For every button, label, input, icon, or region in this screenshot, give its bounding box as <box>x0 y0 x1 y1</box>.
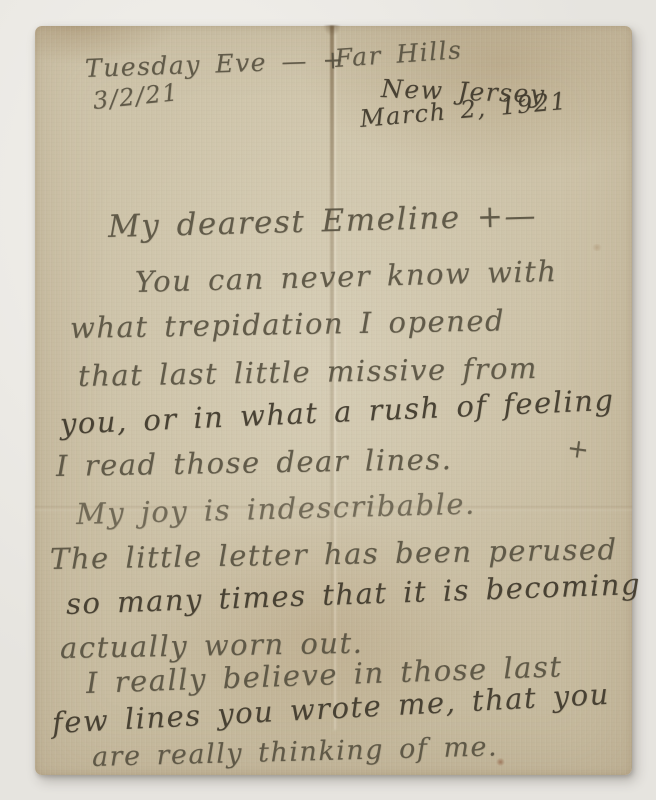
paper-stain-faint <box>591 244 603 251</box>
photo-background: Tuesday Eve — + 3/2/21 Far Hills New Jer… <box>0 0 656 800</box>
fold-notch <box>323 25 341 36</box>
body-line: so many times that it is becoming <box>65 568 641 621</box>
salutation: My dearest Emeline +— <box>108 199 538 245</box>
dateline-day: Tuesday Eve — + <box>85 46 346 83</box>
dateline-date: 3/2/21 <box>92 79 181 115</box>
body-line: You can never know with <box>135 255 558 299</box>
body-line: you, or in what a rush of feeling <box>59 384 615 441</box>
letter-paper: Tuesday Eve — + 3/2/21 Far Hills New Jer… <box>35 26 632 775</box>
body-line: My joy is indescribable. <box>76 488 476 531</box>
address-town: Far Hills <box>334 36 463 73</box>
body-line: that last little missive from <box>78 352 538 392</box>
pencil-cross-mark: + <box>565 434 592 466</box>
body-line: I read those dear lines. <box>56 443 453 482</box>
body-line: The little letter has been perused <box>50 533 618 575</box>
body-line: what trepidation I opened <box>70 304 506 344</box>
body-line: are really thinking of me. <box>92 732 499 773</box>
